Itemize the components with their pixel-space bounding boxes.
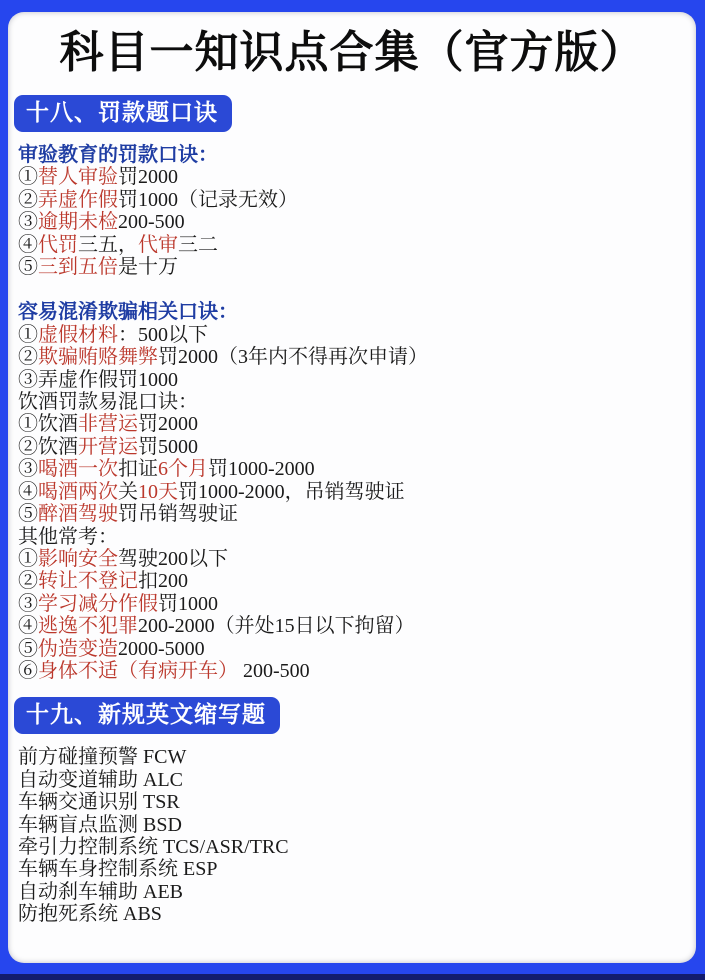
text-line: ⑤醉酒驾驶罚吊销驾驶证: [18, 503, 682, 525]
text-line: ③学习减分作假罚1000: [18, 593, 682, 615]
highlight-red-text: 弄虚作假: [38, 189, 118, 211]
body-text: 扣证: [118, 458, 158, 480]
page-title: 科目一知识点合集（官方版）: [16, 26, 688, 80]
frame-bottom-edge: [0, 974, 705, 980]
body-text: 是十万: [118, 256, 178, 278]
body-text: 200-500: [118, 211, 185, 233]
text-line: 容易混淆欺骗相关口诀：: [18, 301, 682, 323]
highlight-red-text: 逃逸不犯罪: [38, 615, 138, 637]
body-text: 罚1000-2000: [208, 458, 315, 480]
text-line: ①影响安全驾驶200以下: [18, 548, 682, 570]
highlight-red-text: 欺骗贿赂舞弊: [38, 346, 158, 368]
text-line: ②弄虚作假罚1000（记录无效）: [18, 189, 682, 211]
body-text: ④: [18, 234, 38, 256]
text-line: ⑥身体不适（有病开车） 200-500: [18, 660, 682, 682]
text-line: ①饮酒非营运罚2000: [18, 413, 682, 435]
body-text: 扣200: [138, 570, 188, 592]
section-badge-1: 十八、罚款题口诀: [14, 95, 232, 132]
text-line: ④逃逸不犯罪200-2000（并处15日以下拘留）: [18, 615, 682, 637]
text-line: 自动变道辅助 ALC: [18, 769, 682, 791]
body-text: 三二: [178, 234, 218, 256]
highlight-red-text: 喝酒两次: [38, 481, 118, 503]
highlight-red-text: 6个月: [158, 458, 208, 480]
highlight-red-text: 虚假材料: [38, 324, 118, 346]
subsection-header-text: 容易混淆欺骗相关口诀：: [18, 301, 238, 323]
section-body-2: 前方碰撞预警 FCW自动变道辅助 ALC车辆交通识别 TSR车辆盲点监测 BSD…: [8, 746, 696, 925]
highlight-red-text: 影响安全: [38, 548, 118, 570]
body-text: ⑤: [18, 503, 38, 525]
text-line: 其他常考：: [18, 526, 682, 548]
body-text: ③: [18, 593, 38, 615]
body-text: ①饮酒: [18, 413, 78, 435]
text-line: ②欺骗贿赂舞弊罚2000（3年内不得再次申请）: [18, 346, 682, 368]
highlight-red-text: 转让不登记: [38, 570, 138, 592]
highlight-red-text: 三到五倍: [38, 256, 118, 278]
body-text: ①: [18, 166, 38, 188]
section-badge-2: 十九、新规英文缩写题: [14, 697, 280, 734]
text-line: 饮酒罚款易混口诀：: [18, 391, 682, 413]
body-text: 200-2000（并处15日以下拘留）: [138, 615, 415, 637]
text-line: 前方碰撞预警 FCW: [18, 746, 682, 768]
highlight-red-text: 身体不适（有病开车）: [38, 660, 238, 682]
body-text: ③弄虚作假罚1000: [18, 369, 178, 391]
body-text: ②: [18, 346, 38, 368]
body-text: 驾驶200以下: [118, 548, 228, 570]
body-text: 罚2000: [138, 413, 198, 435]
body-text: ②: [18, 570, 38, 592]
body-text: ③: [18, 458, 38, 480]
body-text: ①: [18, 324, 38, 346]
text-line: ④喝酒两次关10天罚1000-2000，吊销驾驶证: [18, 481, 682, 503]
body-text: 2000-5000: [118, 638, 205, 660]
highlight-red-text: 替人审验: [38, 166, 118, 188]
text-line: ②转让不登记扣200: [18, 570, 682, 592]
body-text: 自动刹车辅助 AEB: [18, 881, 183, 903]
body-text: ⑤: [18, 256, 38, 278]
document-card: 科目一知识点合集（官方版） 十八、罚款题口诀审验教育的罚款口诀：①替人审验罚20…: [8, 12, 696, 963]
body-text: 罚2000（3年内不得再次申请）: [158, 346, 428, 368]
text-line: ①虚假材料：500以下: [18, 324, 682, 346]
study-sheet-page: { "page": { "title": "科目一知识点合集（官方版）" }, …: [0, 0, 705, 980]
text-line: 车辆车身控制系统 ESP: [18, 858, 682, 880]
text-line: 自动刹车辅助 AEB: [18, 881, 682, 903]
body-text: ④: [18, 615, 38, 637]
text-line: ③弄虚作假罚1000: [18, 369, 682, 391]
body-text: 车辆车身控制系统 ESP: [18, 858, 217, 880]
body-text: 200-500: [238, 660, 310, 682]
highlight-red-text: 代审: [138, 234, 178, 256]
body-text: 其他常考：: [18, 526, 118, 548]
text-line: ④代罚三五，代审三二: [18, 234, 682, 256]
text-line: 牵引力控制系统 TCS/ASR/TRC: [18, 836, 682, 858]
body-text: ①: [18, 548, 38, 570]
body-text: 罚1000（记录无效）: [118, 189, 298, 211]
body-text: ：500以下: [118, 324, 208, 346]
body-text: 三五，: [78, 234, 138, 256]
highlight-red-text: 10天: [138, 481, 178, 503]
body-text: 防抱死系统 ABS: [18, 903, 162, 925]
sections-container: 十八、罚款题口诀审验教育的罚款口诀：①替人审验罚2000②弄虚作假罚1000（记…: [8, 80, 696, 926]
body-text: ④: [18, 481, 38, 503]
text-line: ②饮酒开营运罚5000: [18, 436, 682, 458]
highlight-red-text: 开营运: [78, 436, 138, 458]
body-text: ③: [18, 211, 38, 233]
text-line: ③喝酒一次扣证6个月罚1000-2000: [18, 458, 682, 480]
body-text: 罚1000: [158, 593, 218, 615]
body-text: ⑥: [18, 660, 38, 682]
text-line: 车辆交通识别 TSR: [18, 791, 682, 813]
text-line: ⑤伪造变造2000-5000: [18, 638, 682, 660]
body-text: 罚1000-2000，吊销驾驶证: [178, 481, 405, 503]
highlight-red-text: 学习减分作假: [38, 593, 158, 615]
highlight-red-text: 醉酒驾驶: [38, 503, 118, 525]
body-text: 罚5000: [138, 436, 198, 458]
highlight-red-text: 喝酒一次: [38, 458, 118, 480]
text-line: ①替人审验罚2000: [18, 166, 682, 188]
text-line: 车辆盲点监测 BSD: [18, 814, 682, 836]
body-text: 罚吊销驾驶证: [118, 503, 238, 525]
text-line: 审验教育的罚款口诀：: [18, 144, 682, 166]
body-text: 罚2000: [118, 166, 178, 188]
highlight-red-text: 逾期未检: [38, 211, 118, 233]
section-body-1: 审验教育的罚款口诀：①替人审验罚2000②弄虚作假罚1000（记录无效）③逾期未…: [8, 144, 696, 682]
body-text: 车辆交通识别 TSR: [18, 791, 180, 813]
body-text: 前方碰撞预警 FCW: [18, 746, 186, 768]
body-text: 牵引力控制系统 TCS/ASR/TRC: [18, 836, 289, 858]
body-text: 车辆盲点监测 BSD: [18, 814, 182, 836]
body-text: 饮酒罚款易混口诀：: [18, 391, 198, 413]
text-line: ③逾期未检200-500: [18, 211, 682, 233]
body-text: 关: [118, 481, 138, 503]
body-text: 自动变道辅助 ALC: [18, 769, 183, 791]
text-line: 防抱死系统 ABS: [18, 903, 682, 925]
body-text: ②: [18, 189, 38, 211]
highlight-red-text: 非营运: [78, 413, 138, 435]
text-line: ⑤三到五倍是十万: [18, 256, 682, 278]
highlight-red-text: 伪造变造: [38, 638, 118, 660]
subsection-header-text: 审验教育的罚款口诀：: [18, 144, 218, 166]
body-text: ⑤: [18, 638, 38, 660]
body-text: ②饮酒: [18, 436, 78, 458]
highlight-red-text: 代罚: [38, 234, 78, 256]
